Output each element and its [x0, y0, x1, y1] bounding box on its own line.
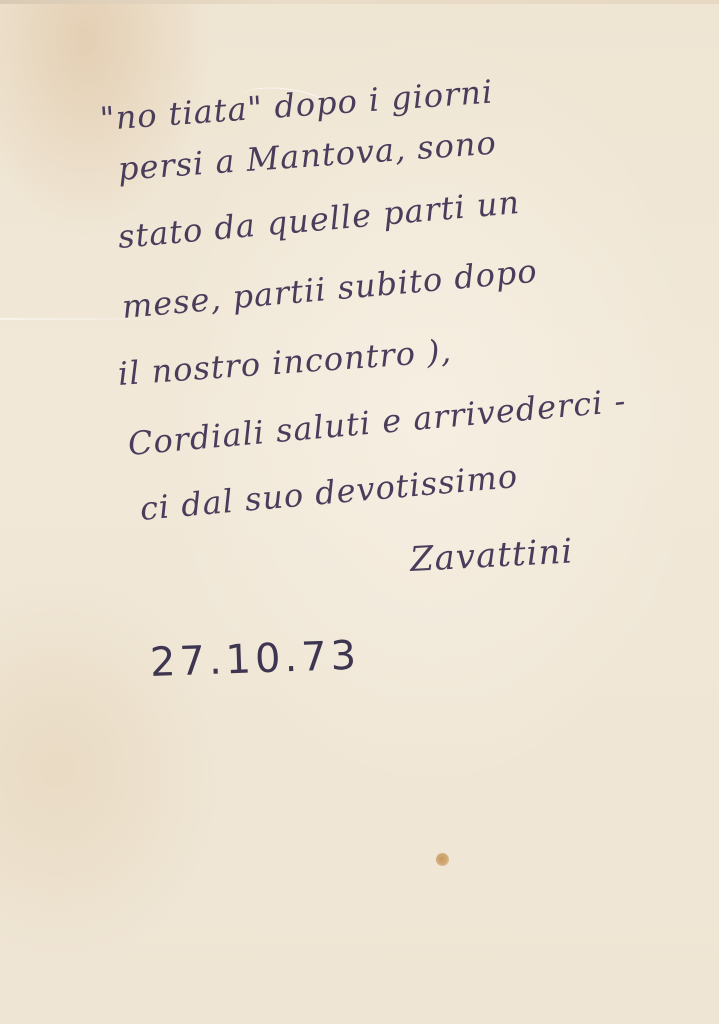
handwritten-line-3: stato da quelle parti un — [116, 183, 521, 256]
handwritten-line-4: mese, partii subito dopo — [120, 252, 539, 326]
signature: Zavattini — [409, 531, 574, 579]
handwritten-line-5: il nostro incontro ), — [117, 332, 453, 393]
handwritten-line-7: ci dal suo devotissimo — [138, 457, 519, 528]
handwritten-line-6: Cordiali saluti e arrivederci - — [126, 381, 627, 462]
date: 27.10.73 — [149, 633, 361, 686]
paper-stain — [436, 853, 449, 866]
postcard: "no tiata" dopo i giorni persi a Mantova… — [0, 0, 719, 1024]
